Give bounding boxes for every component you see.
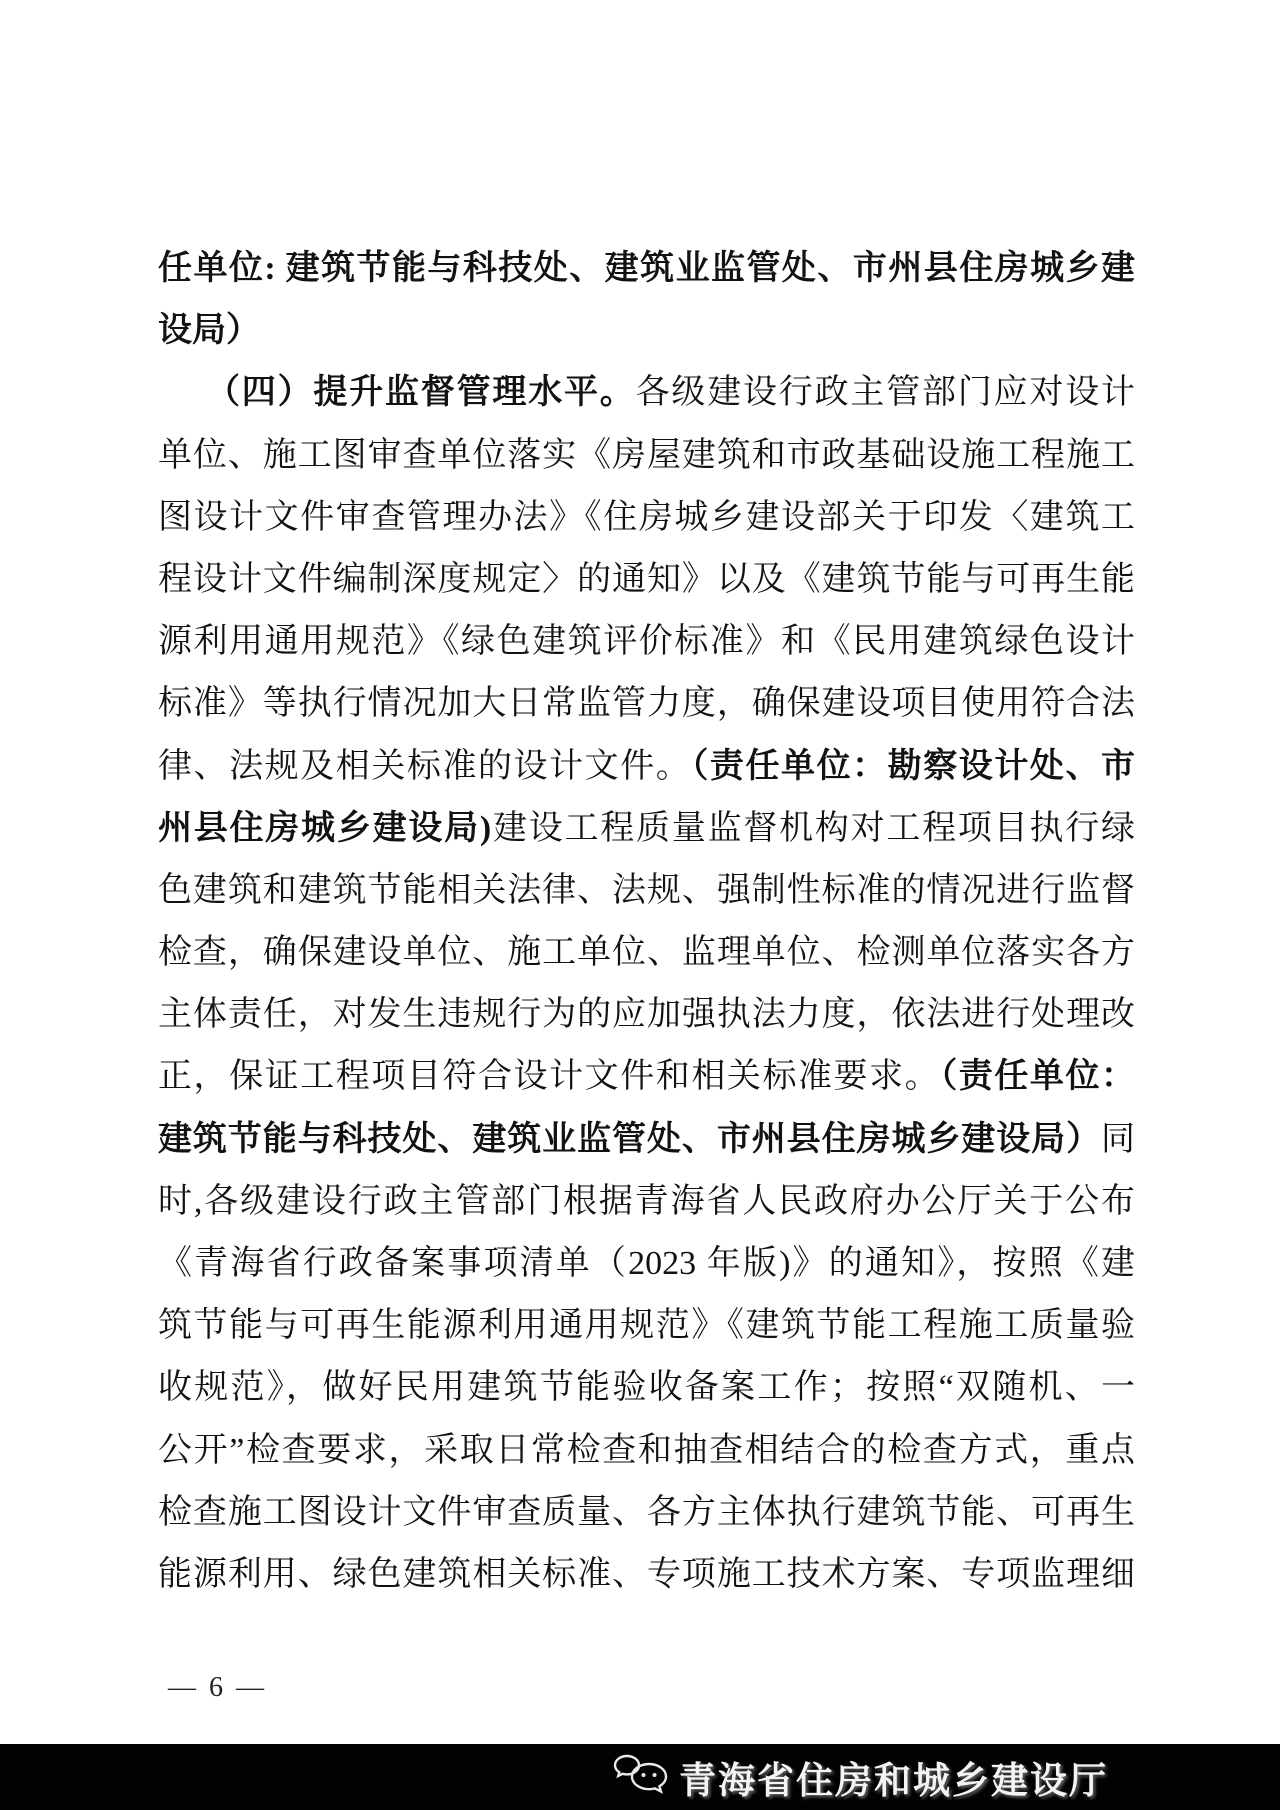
text-segment: 主体责任，对发生违规行为的应加强执法力度，依法进行处理改 [158,996,1135,1033]
bold-text-segment: 设局） [158,312,260,349]
text-line: 收规范》，做好民用建筑节能验收备案工作；按照“双随机、一 [158,1357,1135,1419]
text-line: 时,各级建设行政主管部门根据青海省人民政府办公厅关于公布 [158,1171,1135,1233]
wechat-icon [613,1752,669,1802]
text-line: 任单位: 建筑节能与科技处、建筑业监管处、市州县住房城乡建 [158,238,1135,300]
text-segment: 标准》等执行情况加大日常监管力度，确保建设项目使用符合法 [158,685,1135,722]
bold-text-segment: 建筑节能与科技处、建筑业监管处、市州县住房城乡建设局） [158,1121,1101,1158]
document-page: 任单位: 建筑节能与科技处、建筑业监管处、市州县住房城乡建设局）（四）提升监督管… [0,0,1280,1810]
bold-text-segment: 州县住房城乡建设局) [158,810,491,847]
text-line: 标准》等执行情况加大日常监管力度，确保建设项目使用符合法 [158,673,1135,735]
page-number: — 6 — [168,1672,267,1704]
text-line: 正，保证工程项目符合设计文件和相关标准要求。（责任单位： [158,1046,1135,1108]
text-line: 设局） [158,300,1135,362]
text-line: 州县住房城乡建设局)建设工程质量监督机构对工程项目执行绿 [158,798,1135,860]
text-line: 源利用通用规范》《绿色建筑评价标准》和《民用建筑绿色设计 [158,611,1135,673]
text-line: 程设计文件编制深度规定〉的通知》以及《建筑节能与可再生能 [158,549,1135,611]
footer-bar: 青海省住房和城乡建设厅 [0,1744,1280,1810]
text-line: 图设计文件审查管理办法》《住房城乡建设部关于印发〈建筑工 [158,487,1135,549]
text-line: （四）提升监督管理水平。各级建设行政主管部门应对设计 [158,362,1135,424]
text-segment: 公开”检查要求，采取日常检查和抽查相结合的检查方式，重点 [158,1432,1135,1469]
text-segment: 色建筑和建筑节能相关法律、法规、强制性标准的情况进行监督 [158,872,1135,909]
text-line: 色建筑和建筑节能相关法律、法规、强制性标准的情况进行监督 [158,860,1135,922]
text-line: 建筑节能与科技处、建筑业监管处、市州县住房城乡建设局）同 [158,1109,1135,1171]
text-segment: 各级建设行政主管部门应对设计 [636,374,1135,411]
text-line: 能源利用、绿色建筑相关标准、专项施工技术方案、专项监理细 [158,1544,1135,1606]
text-segment: 检查施工图设计文件审查质量、各方主体执行建筑节能、可再生 [158,1494,1135,1531]
text-line: 律、法规及相关标准的设计文件。（责任单位：勘察设计处、市 [158,736,1135,798]
text-line: 检查施工图设计文件审查质量、各方主体执行建筑节能、可再生 [158,1482,1135,1544]
text-segment: 源利用通用规范》《绿色建筑评价标准》和《民用建筑绿色设计 [158,623,1135,660]
text-segment: 筑节能与可再生能源利用通用规范》《建筑节能工程施工质量验 [158,1307,1135,1344]
document-body: 任单位: 建筑节能与科技处、建筑业监管处、市州县住房城乡建设局）（四）提升监督管… [158,238,1135,1606]
bold-text-segment: 任单位: 建筑节能与科技处、建筑业监管处、市州县住房城乡建 [158,250,1135,287]
bold-text-segment: （责任单位：勘察设计处、市 [691,748,1135,785]
bold-text-segment: （责任单位： [940,1058,1135,1095]
text-line: 公开”检查要求，采取日常检查和抽查相结合的检查方式，重点 [158,1420,1135,1482]
text-segment: 单位、施工图审查单位落实《房屋建筑和市政基础设施工程施工 [158,437,1135,474]
text-segment: 收规范》，做好民用建筑节能验收备案工作；按照“双随机、一 [158,1369,1135,1406]
text-segment: 能源利用、绿色建筑相关标准、专项施工技术方案、专项监理细 [158,1556,1135,1593]
text-line: 主体责任，对发生违规行为的应加强执法力度，依法进行处理改 [158,984,1135,1046]
text-line: 检查，确保建设单位、施工单位、监理单位、检测单位落实各方 [158,922,1135,984]
text-segment: 正，保证工程项目符合设计文件和相关标准要求。 [158,1058,940,1095]
text-segment: 建设工程质量监督机构对工程项目执行绿 [491,810,1135,847]
footer-org-name: 青海省住房和城乡建设厅 [679,1750,1108,1804]
text-segment: 《青海省行政备案事项清单（2023 年版)》的通知》，按照《建 [158,1245,1135,1282]
text-segment: 同 [1101,1121,1135,1158]
text-segment: 图设计文件审查管理办法》《住房城乡建设部关于印发〈建筑工 [158,499,1135,536]
text-line: 单位、施工图审查单位落实《房屋建筑和市政基础设施工程施工 [158,425,1135,487]
text-line: 《青海省行政备案事项清单（2023 年版)》的通知》，按照《建 [158,1233,1135,1295]
bold-text-segment: （四）提升监督管理水平。 [206,374,636,411]
text-line: 筑节能与可再生能源利用通用规范》《建筑节能工程施工质量验 [158,1295,1135,1357]
text-segment: 检查，确保建设单位、施工单位、监理单位、检测单位落实各方 [158,934,1135,971]
text-segment: 时,各级建设行政主管部门根据青海省人民政府办公厅关于公布 [158,1183,1135,1220]
text-segment: 律、法规及相关标准的设计文件。 [158,748,691,785]
text-segment: 程设计文件编制深度规定〉的通知》以及《建筑节能与可再生能 [158,561,1135,598]
